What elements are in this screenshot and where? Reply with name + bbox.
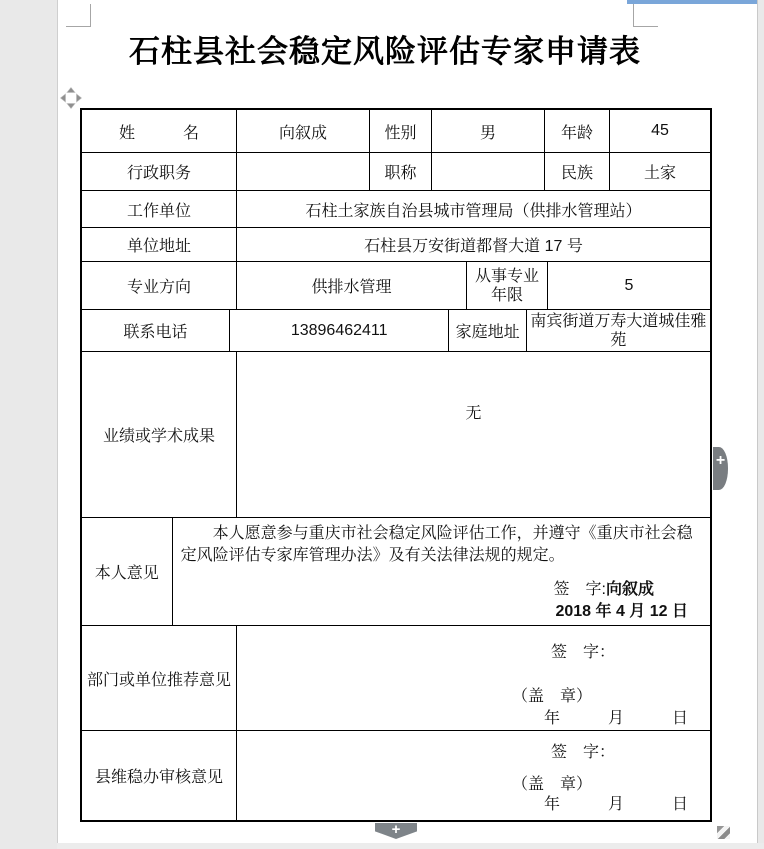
specialty-label: 专业方向 (82, 262, 237, 309)
table-row: 本人意见 本人愿意参与重庆市社会稳定风险评估工作，并遵守《重庆市社会稳定风险评估… (82, 518, 710, 626)
self-opinion-statement: 本人愿意参与重庆市社会稳定风险评估工作，并遵守《重庆市社会稳定风险评估专家库管理… (181, 523, 702, 567)
table-row: 工作单位 石柱土家族自治县城市管理局（供排水管理站） (82, 191, 710, 228)
ethnicity-label: 民族 (545, 153, 610, 190)
unit-address-label: 单位地址 (82, 228, 237, 261)
achievements-label: 业绩或学术成果 (82, 352, 237, 517)
application-form-table: 姓 名 向叙成 性别 男 年龄 45 行政职务 职称 民族 土家 工作单位 石柱… (80, 108, 712, 822)
table-row: 单位地址 石柱县万安街道都督大道 17 号 (82, 228, 710, 262)
table-resize-icon[interactable] (717, 826, 730, 839)
table-row: 姓 名 向叙成 性别 男 年龄 45 (82, 110, 710, 153)
specialty-value-cell[interactable]: 供排水管理 (237, 262, 467, 309)
page-title: 石柱县社会稳定风险评估专家申请表 (60, 26, 710, 71)
seal-label: （盖 章） (237, 686, 710, 708)
years-label: 从事专业年限 (467, 262, 548, 309)
page-margin-mark-top-right (633, 4, 658, 27)
self-opinion-cell[interactable]: 本人愿意参与重庆市社会稳定风险评估工作，并遵守《重庆市社会稳定风险评估专家库管理… (173, 518, 710, 625)
table-move-cross-icon[interactable] (59, 86, 83, 110)
gender-label: 性别 (370, 110, 432, 152)
date-blank: 年 月 日 (237, 795, 710, 815)
table-row: 县维稳办审核意见 签 字： （盖 章） 年 月 日 (82, 731, 710, 820)
app-background-bottom (57, 843, 764, 849)
table-row: 行政职务 职称 民族 土家 (82, 153, 710, 191)
scrollbar-track-right[interactable] (757, 0, 764, 849)
self-opinion-label: 本人意见 (82, 518, 173, 625)
sign-name: 向叙成 (606, 581, 654, 598)
seal-label: （盖 章） (237, 775, 710, 795)
table-row: 部门或单位推荐意见 签 字： （盖 章） 年 月 日 (82, 626, 710, 731)
self-opinion-sign-line: 签 字:向叙成 (181, 579, 702, 601)
unit-address-value-cell[interactable]: 石柱县万安街道都督大道 17 号 (237, 228, 710, 261)
table-row: 联系电话 13896462411 家庭地址 南宾街道万寿大道城佳雅苑 (82, 310, 710, 352)
sign-label: 签 字： (237, 743, 710, 763)
sign-label: 签 字： (237, 642, 710, 664)
achievements-value-cell[interactable]: 无 (237, 352, 710, 517)
county-review-label: 县维稳办审核意见 (82, 731, 237, 820)
prof-title-value-cell[interactable] (432, 153, 545, 190)
table-row: 专业方向 供排水管理 从事专业年限 5 (82, 262, 710, 310)
position-value-cell[interactable] (237, 153, 370, 190)
date-blank: 年 月 日 (237, 708, 710, 730)
achievements-text: 无 (465, 400, 481, 423)
app-background-left (0, 0, 58, 849)
home-address-label: 家庭地址 (449, 310, 526, 351)
county-review-cell[interactable]: 签 字： （盖 章） 年 月 日 (237, 731, 710, 820)
ethnicity-value-cell[interactable]: 土家 (610, 153, 710, 190)
self-opinion-date-line: 2018 年 4 月 12 日 (181, 601, 702, 623)
add-row-plus-icon[interactable]: + (375, 823, 417, 839)
sign-label: 签 字: (554, 581, 606, 598)
gender-value-cell[interactable]: 男 (432, 110, 545, 152)
name-value-cell[interactable]: 向叙成 (237, 110, 370, 152)
work-unit-label: 工作单位 (82, 191, 237, 227)
department-opinion-label: 部门或单位推荐意见 (82, 626, 237, 730)
home-address-text: 南宾街道万寿大道城佳雅苑 (527, 312, 710, 350)
department-opinion-cell[interactable]: 签 字： （盖 章） 年 月 日 (237, 626, 710, 730)
table-row: 业绩或学术成果 无 (82, 352, 710, 518)
phone-label: 联系电话 (82, 310, 230, 351)
years-label-text: 从事专业年限 (472, 267, 542, 305)
work-unit-value-cell[interactable]: 石柱土家族自治县城市管理局（供排水管理站） (237, 191, 710, 227)
prof-title-label: 职称 (370, 153, 432, 190)
position-label: 行政职务 (82, 153, 237, 190)
page-margin-mark-top-left (66, 4, 91, 27)
name-label: 姓 名 (82, 110, 237, 152)
age-value-cell[interactable]: 45 (610, 110, 710, 152)
phone-value-cell[interactable]: 13896462411 (230, 310, 450, 351)
years-value-cell[interactable]: 5 (548, 262, 710, 309)
age-label: 年龄 (545, 110, 610, 152)
add-column-plus-icon[interactable]: + (713, 447, 728, 490)
home-address-value-cell[interactable]: 南宾街道万寿大道城佳雅苑 (527, 310, 710, 351)
